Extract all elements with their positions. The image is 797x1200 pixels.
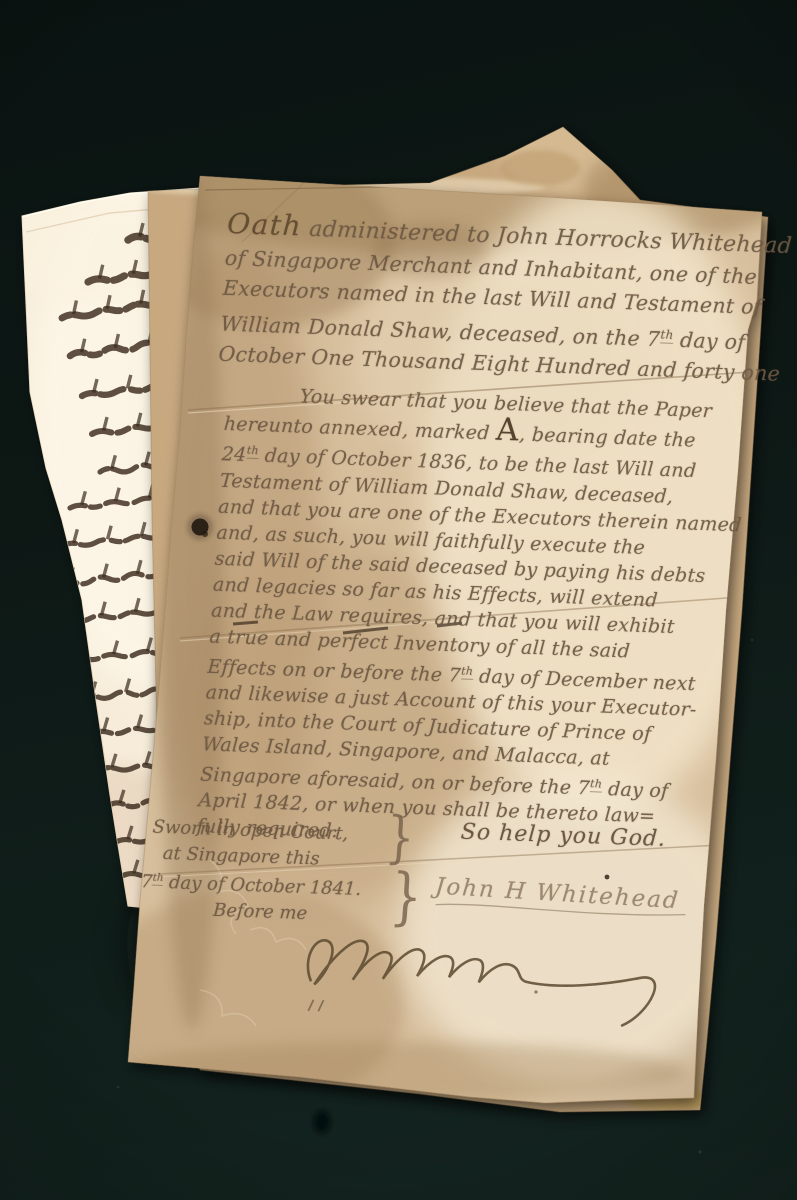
photograph-of-manuscripts: Oath administered to John Horrocks White…	[0, 0, 797, 1200]
paper-stack-art	[0, 0, 797, 1200]
front-sheet-shading	[95, 138, 797, 1112]
